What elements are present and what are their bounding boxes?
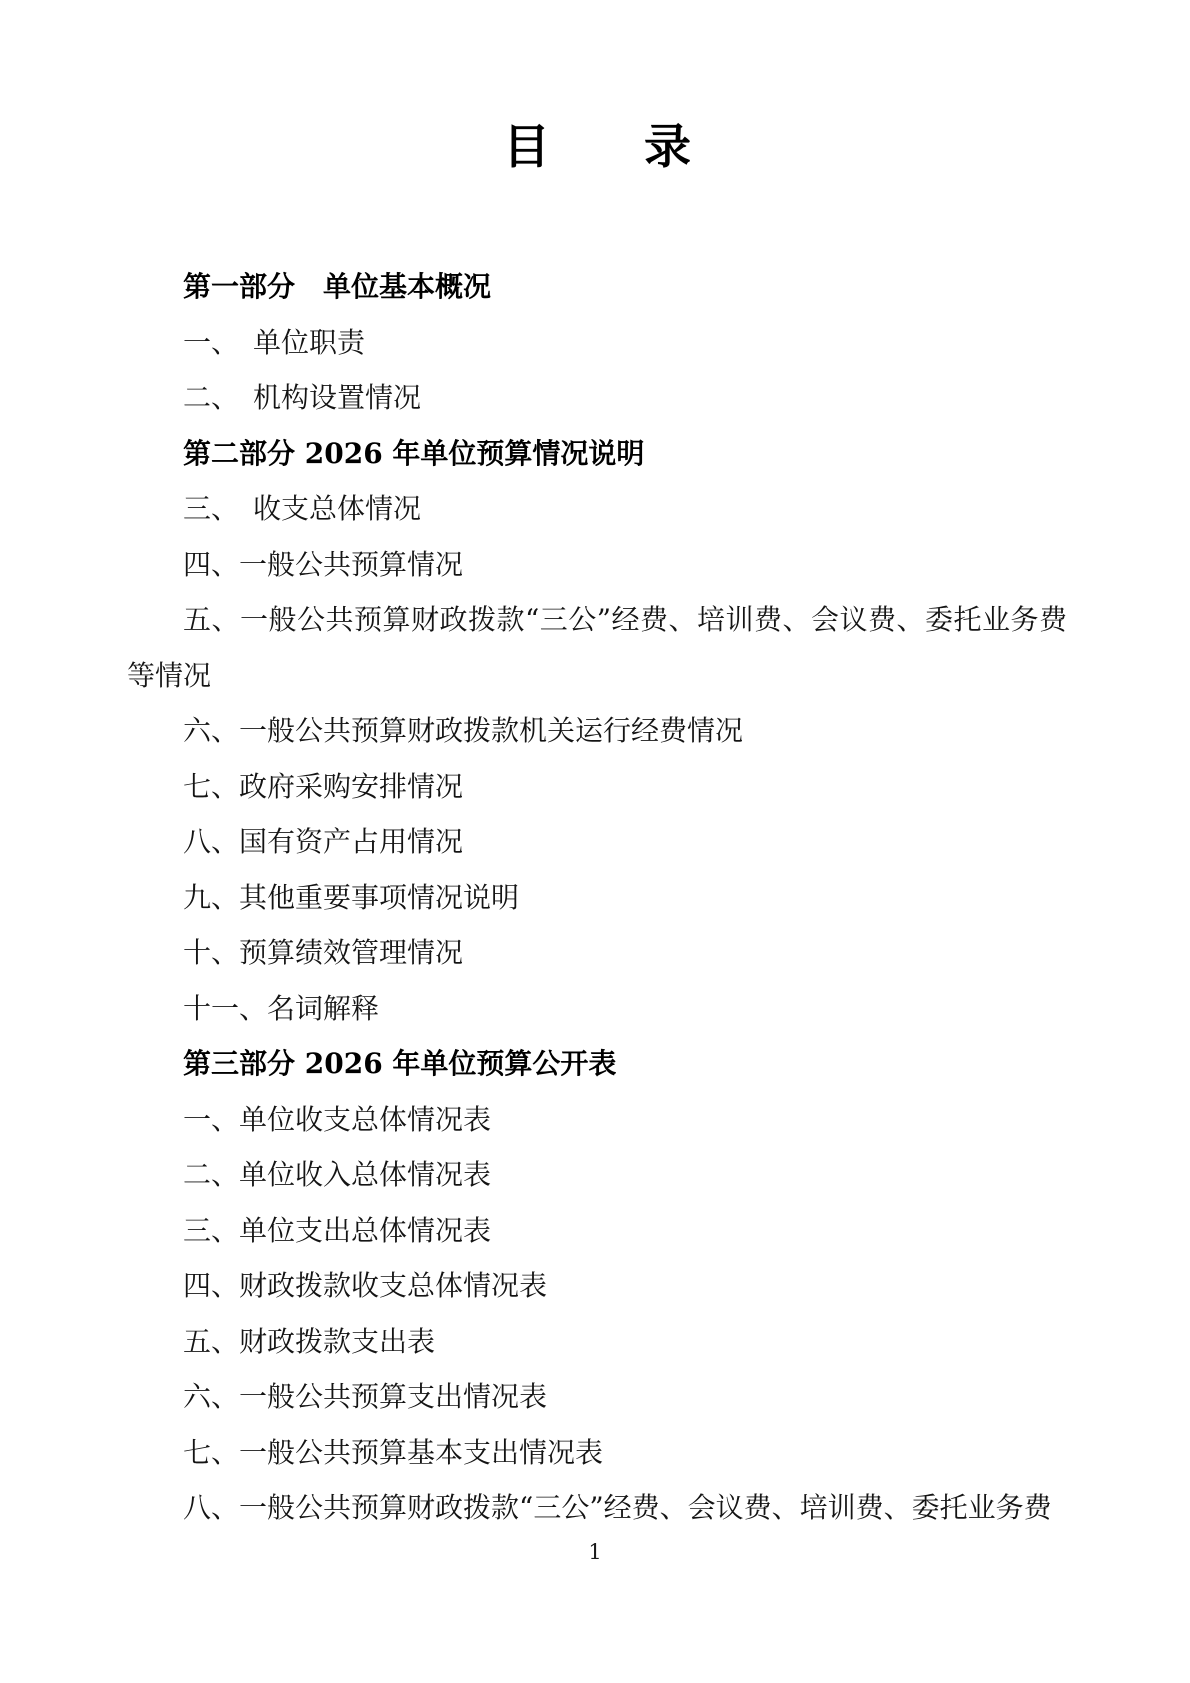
toc-entry: 三、单位支出总体情况表 [127, 1203, 1067, 1259]
toc-entry: 一、单位收支总体情况表 [127, 1092, 1067, 1148]
document-page: 目 录 第一部分 单位基本概况 一、 单位职责 二、 机构设置情况 第二部分 2… [0, 0, 1190, 1683]
toc-entry: 七、政府采购安排情况 [127, 759, 1067, 815]
toc-section-heading-part3: 第三部分 2026 年单位预算公开表 [127, 1036, 1067, 1092]
toc-entry: 八、国有资产占用情况 [127, 814, 1067, 870]
toc-entry: 十、预算绩效管理情况 [127, 925, 1067, 981]
table-of-contents: 第一部分 单位基本概况 一、 单位职责 二、 机构设置情况 第二部分 2026 … [127, 259, 1067, 1536]
toc-entry: 四、财政拨款收支总体情况表 [127, 1258, 1067, 1314]
toc-entry: 八、一般公共预算财政拨款“三公”经费、会议费、培训费、委托业务费 [127, 1480, 1067, 1536]
toc-entry: 七、一般公共预算基本支出情况表 [127, 1425, 1067, 1481]
toc-section-heading-part1: 第一部分 单位基本概况 [127, 259, 1067, 315]
toc-entry: 四、一般公共预算情况 [127, 537, 1067, 593]
toc-entry: 五、财政拨款支出表 [127, 1314, 1067, 1370]
toc-section-heading-part2: 第二部分 2026 年单位预算情况说明 [127, 426, 1067, 482]
page-number: 1 [0, 1537, 1190, 1567]
document-title: 目 录 [127, 118, 1067, 178]
toc-entry: 十一、名词解释 [127, 981, 1067, 1037]
toc-entry: 六、一般公共预算支出情况表 [127, 1369, 1067, 1425]
toc-entry: 六、一般公共预算财政拨款机关运行经费情况 [127, 703, 1067, 759]
toc-entry: 一、 单位职责 [127, 315, 1067, 371]
toc-entry: 五、一般公共预算财政拨款“三公”经费、培训费、会议费、委托业务费等情况 [127, 592, 1067, 703]
toc-entry: 三、 收支总体情况 [127, 481, 1067, 537]
toc-entry: 二、单位收入总体情况表 [127, 1147, 1067, 1203]
toc-entry: 九、其他重要事项情况说明 [127, 870, 1067, 926]
toc-entry: 二、 机构设置情况 [127, 370, 1067, 426]
